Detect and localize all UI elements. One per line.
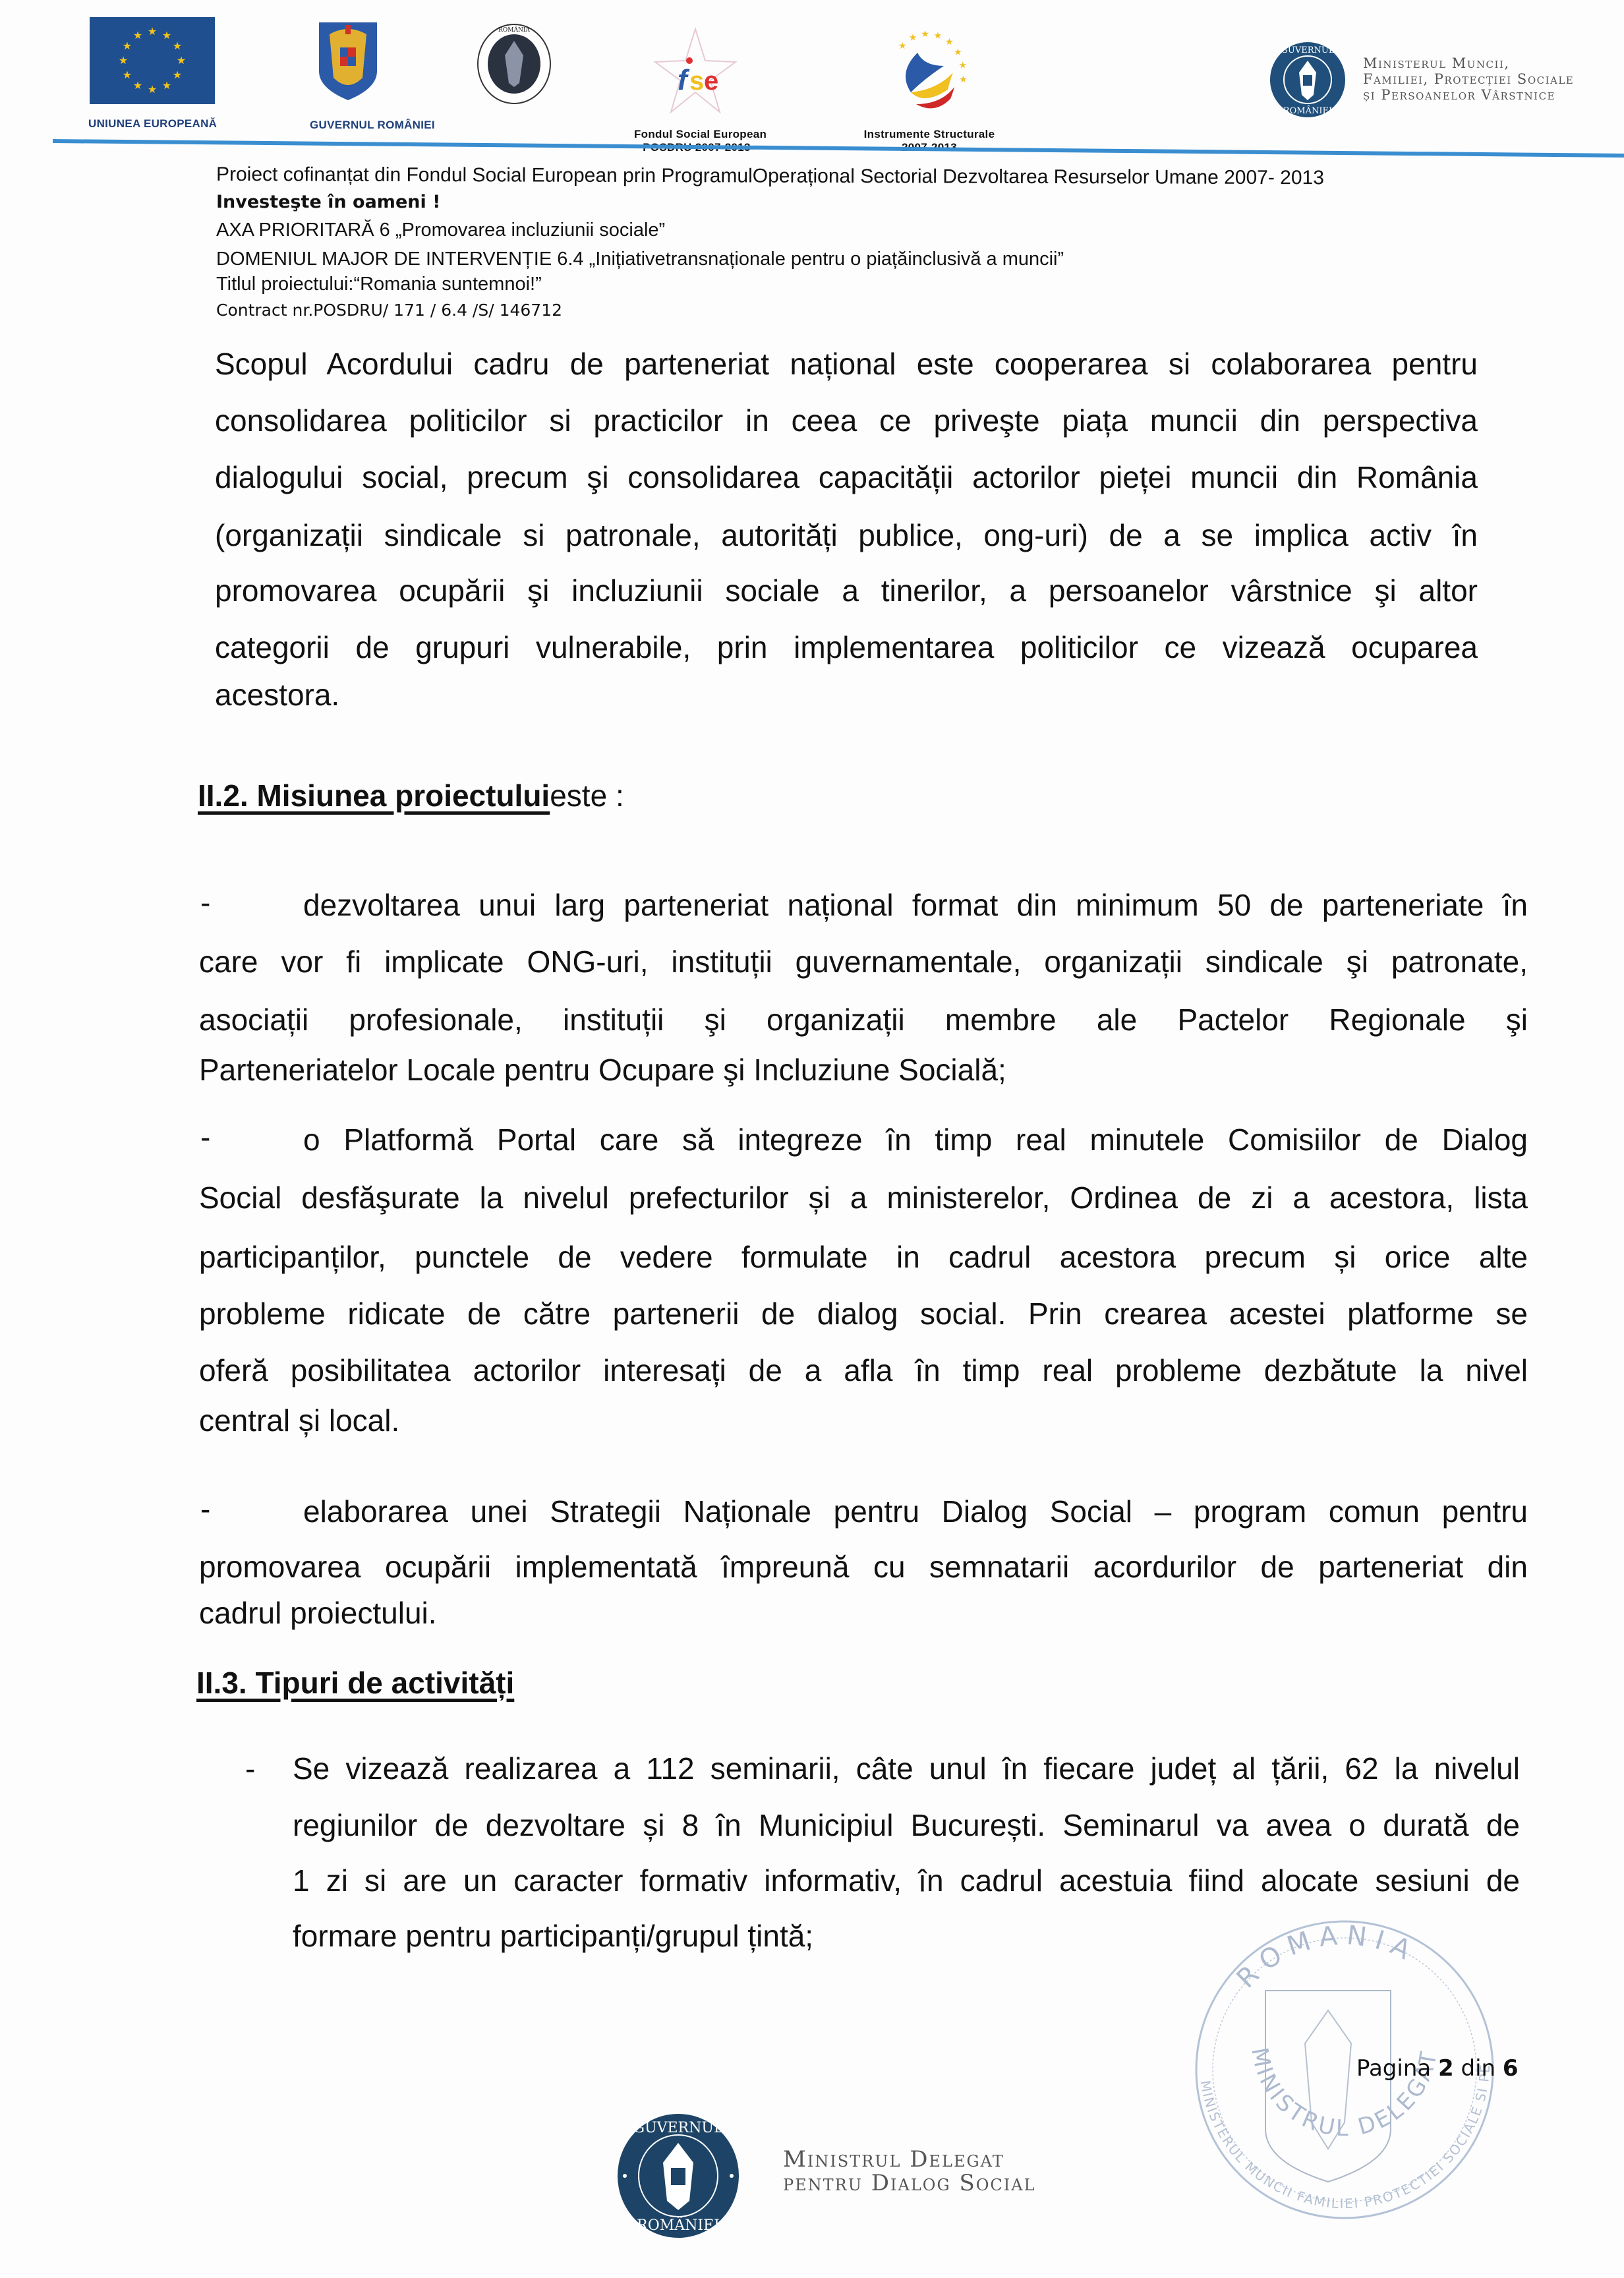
ministry-name-line3: și Persoanelor Vârstnice (1363, 87, 1613, 103)
intro-line: (organizații sindicale si patronale, aut… (215, 519, 1478, 551)
svg-text:★: ★ (133, 80, 142, 92)
activity-bullet-line: formare pentru participanți/grupul țintă… (293, 1918, 813, 1954)
bullet-dash: - (245, 1751, 255, 1786)
section-2-2-heading-suffix: este : (550, 778, 624, 813)
intro-line: dialogului social, precum şi consolidare… (215, 461, 1478, 493)
activity-bullet-line: 1 zi si are un caracter formativ informa… (293, 1863, 1520, 1898)
svg-text:★: ★ (162, 80, 171, 92)
eu-flag-logo: ★★★★★★★★★★★★ (90, 17, 215, 104)
instruments-label-line1: Instrumente Structurale (857, 128, 1002, 141)
svg-text:★: ★ (162, 30, 171, 42)
page-indicator: Pagina 2 din 6 (1356, 2055, 1519, 2082)
mission-bullet-line: Social desfăşurate la nivelul prefecturi… (199, 1180, 1528, 1215)
svg-text:★: ★ (148, 26, 157, 38)
mission-bullet-line: participanților, punctele de vedere form… (199, 1239, 1528, 1275)
intro-line: promovarea ocupării şi incluziunii socia… (215, 575, 1478, 606)
svg-text:ROMANIA: ROMANIA (1231, 1920, 1422, 1994)
svg-text:★: ★ (921, 28, 929, 39)
mission-bullet-line: o Platformă Portal care să integreze în … (303, 1122, 1528, 1157)
government-seal-icon: GUVERNUL ROMÂNIEI (1269, 41, 1347, 119)
page-current: 2 (1438, 2055, 1454, 2082)
mission-bullet-line: asociații profesionale, instituții şi or… (199, 1002, 1528, 1037)
project-intervention-domain: DOMENIUL MAJOR DE INTERVENȚIE 6.4 „Iniți… (216, 248, 1064, 270)
bullet-dash: - (200, 1491, 210, 1527)
svg-text:★: ★ (148, 84, 157, 96)
structural-instruments-logo: ★★★★★★★★ (884, 26, 971, 125)
government-label: GUVERNUL ROMÂNIEI (310, 119, 435, 132)
svg-text:ROMÂNIEI: ROMÂNIEI (1283, 105, 1332, 116)
bullet-dash: - (200, 1119, 210, 1155)
mission-bullet-line: promovarea ocupării implementată împreun… (199, 1549, 1528, 1585)
activity-bullet-line: Se vizează realizarea a 112 seminarii, c… (293, 1751, 1520, 1786)
mission-bullet-line: cadrul proiectului. (199, 1595, 437, 1631)
ministry-name-line1: Ministerul Muncii, (1363, 55, 1613, 71)
footer-line1: Ministrul Delegat (783, 2147, 1036, 2171)
mission-bullet-line: central și local. (199, 1403, 399, 1438)
page-middle: din (1454, 2055, 1503, 2082)
project-title: Titlul proiectului:“Romania suntemnoi!” (216, 273, 542, 295)
section-2-2-heading: II.2. Misiunea proiectului este : (198, 778, 624, 813)
svg-text:★: ★ (898, 40, 907, 51)
svg-text:★: ★ (959, 74, 968, 84)
intro-line: categorii de grupuri vulnerabile, prin i… (215, 631, 1478, 663)
svg-text:★: ★ (959, 59, 968, 70)
svg-text:★: ★ (934, 30, 942, 40)
bullet-dash: - (200, 885, 210, 920)
svg-text:★: ★ (945, 36, 954, 47)
mission-bullet-line: probleme ridicate de către partenerii de… (199, 1296, 1528, 1331)
svg-text:ROMÂNIEI: ROMÂNIEI (637, 2216, 720, 2234)
mission-bullet-line: elaborarea unei Strategii Naționale pent… (303, 1494, 1528, 1529)
page-total: 6 (1503, 2055, 1519, 2082)
svg-text:★: ★ (123, 70, 132, 81)
project-cofinancing: Proiect cofinanțat din Fondul Social Eur… (216, 163, 1324, 189)
intro-line: consolidarea politicilor si practicilor … (215, 405, 1478, 436)
ministry-name: Ministerul Muncii, Familiei, Protecției … (1363, 55, 1613, 103)
svg-text:GUVERNUL: GUVERNUL (633, 2120, 723, 2136)
svg-text:★: ★ (173, 70, 182, 81)
svg-text:★: ★ (909, 32, 917, 43)
footer-line2: pentru Dialog Social (783, 2171, 1036, 2195)
svg-text:e: e (704, 67, 718, 96)
ministry-seal-icon: ROMÂNIA (476, 22, 552, 105)
activity-bullet-line: regiunilor de dezvoltare și 8 în Municip… (293, 1807, 1520, 1843)
fse-logo: f s e (652, 26, 738, 125)
ministry-name-line2: Familiei, Protecției Sociale (1363, 71, 1613, 87)
eu-stars-icon: ★★★★★★★★★★★★ (90, 17, 215, 104)
section-2-2-title: II.2. Misiunea proiectului (198, 778, 550, 813)
fse-label-line2: POSDRU 2007-2013 (634, 141, 759, 154)
project-contract: Contract nr.POSDRU/ 171 / 6.4 /S/ 146712 (216, 299, 562, 322)
svg-text:f: f (678, 64, 690, 96)
svg-text:★: ★ (177, 55, 186, 67)
fse-label: Fondul Social European POSDRU 2007-2013 (634, 128, 759, 154)
svg-text:GUVERNUL: GUVERNUL (1281, 45, 1335, 55)
instruments-label: Instrumente Structurale 2007-2013 (857, 128, 1002, 154)
svg-text:s: s (689, 67, 704, 96)
fse-label-line1: Fondul Social European (634, 128, 759, 141)
svg-text:ROMÂNIA: ROMÂNIA (498, 26, 530, 34)
project-motto: Investeşte în oameni ! (216, 191, 440, 214)
page-prefix: Pagina (1356, 2055, 1438, 2082)
project-priority-axis: AXA PRIORITARĂ 6 „Promovarea incluziunii… (216, 219, 665, 241)
svg-text:★: ★ (133, 30, 142, 42)
coat-of-arms-icon (316, 20, 380, 102)
footer-government-seal-icon: GUVERNUL ROMÂNIEI (616, 2113, 741, 2239)
svg-text:★: ★ (119, 55, 128, 67)
svg-text:★: ★ (123, 41, 132, 52)
mission-bullet-line: dezvoltarea unui larg parteneriat națion… (303, 887, 1528, 923)
eu-label: UNIUNEA EUROPEANĂ (88, 117, 217, 131)
footer-ministry-name: Ministrul Delegat pentru Dialog Social (783, 2147, 1036, 2195)
svg-text:★: ★ (954, 47, 962, 57)
instruments-label-line2: 2007-2013 (857, 141, 1002, 154)
mission-bullet-line: Parteneriatelor Locale pentru Ocupare şi… (199, 1052, 1006, 1088)
intro-line: acestora. (215, 679, 339, 711)
mission-bullet-line: care vor fi implicate ONG-uri, instituți… (199, 944, 1528, 979)
svg-text:★: ★ (173, 41, 182, 52)
section-2-3-heading: II.3. Tipuri de activități (196, 1665, 514, 1701)
intro-line: Scopul Acordului cadru de parteneriat na… (215, 348, 1478, 380)
mission-bullet-line: oferă posibilitatea actorilor interesați… (199, 1353, 1528, 1388)
